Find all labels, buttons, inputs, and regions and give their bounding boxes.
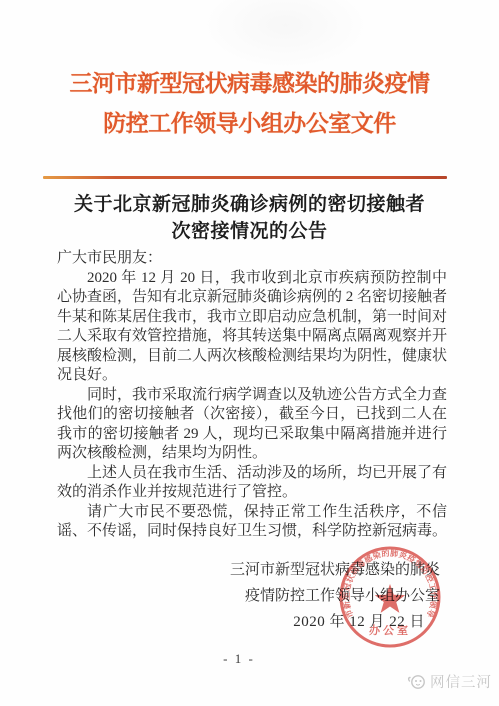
document-title-line1: 关于北京新冠肺炎确诊病例的密切接触者 [0,191,499,218]
document-body: 广大市民朋友： 2020 年 12 月 20 日，我市收到北京市疾病预防控制中心… [57,249,447,542]
red-divider-line [43,176,447,179]
body-paragraph-2: 同时，我市采取流行病学调查以及轨迹公告方式全力查找他们的密切接触者（次密接），截… [57,386,447,464]
body-paragraph-4: 请广大市民不要恐慌，保持正常工作生活秩序，不信谣、不传谣，同时保持良好卫生习惯，… [57,503,447,542]
seal-ring-text: 三河市新型冠状病毒感染的肺炎疫情防控工作领导小组 [338,542,439,619]
page-number: - 1 - [0,651,478,667]
document-title: 关于北京新冠肺炎确诊病例的密切接触者 次密接情况的公告 [0,191,499,245]
wangxin-sanhe-label: 网信三河 [430,671,492,692]
letterhead-line1: 三河市新型冠状病毒感染的肺炎疫情 [0,64,499,104]
salutation: 广大市民朋友： [57,249,447,269]
letterhead-line2: 防控工作领导小组办公室文件 [0,104,499,144]
wangxin-sanhe-logo-icon [407,673,426,690]
seal-star-icon [375,584,405,613]
official-red-seal: 三河市新型冠状病毒感染的肺炎疫情防控工作领导小组 办公室 [338,542,444,654]
body-paragraph-1: 2020 年 12 月 20 日，我市收到北京市疾病预防控制中心协查函，告知有北… [57,269,447,386]
body-paragraph-3: 上述人员在我市生活、活动涉及的场所，均已开展了有效的消杀作业并按规范进行了管控。 [57,464,447,503]
seal-bottom-text: 办公室 [369,623,411,637]
document-title-line2: 次密接情况的公告 [0,218,499,245]
scan-smudge [200,0,370,70]
scanned-document-page: 三河市新型冠状病毒感染的肺炎疫情 防控工作领导小组办公室文件 关于北京新冠肺炎确… [0,0,499,706]
red-letterhead: 三河市新型冠状病毒感染的肺炎疫情 防控工作领导小组办公室文件 [0,64,499,144]
wangxin-sanhe-watermark: 网信三河 [407,671,492,692]
svg-text:三河市新型冠状病毒感染的肺炎疫情防控工作领导小组: 三河市新型冠状病毒感染的肺炎疫情防控工作领导小组 [338,542,439,619]
